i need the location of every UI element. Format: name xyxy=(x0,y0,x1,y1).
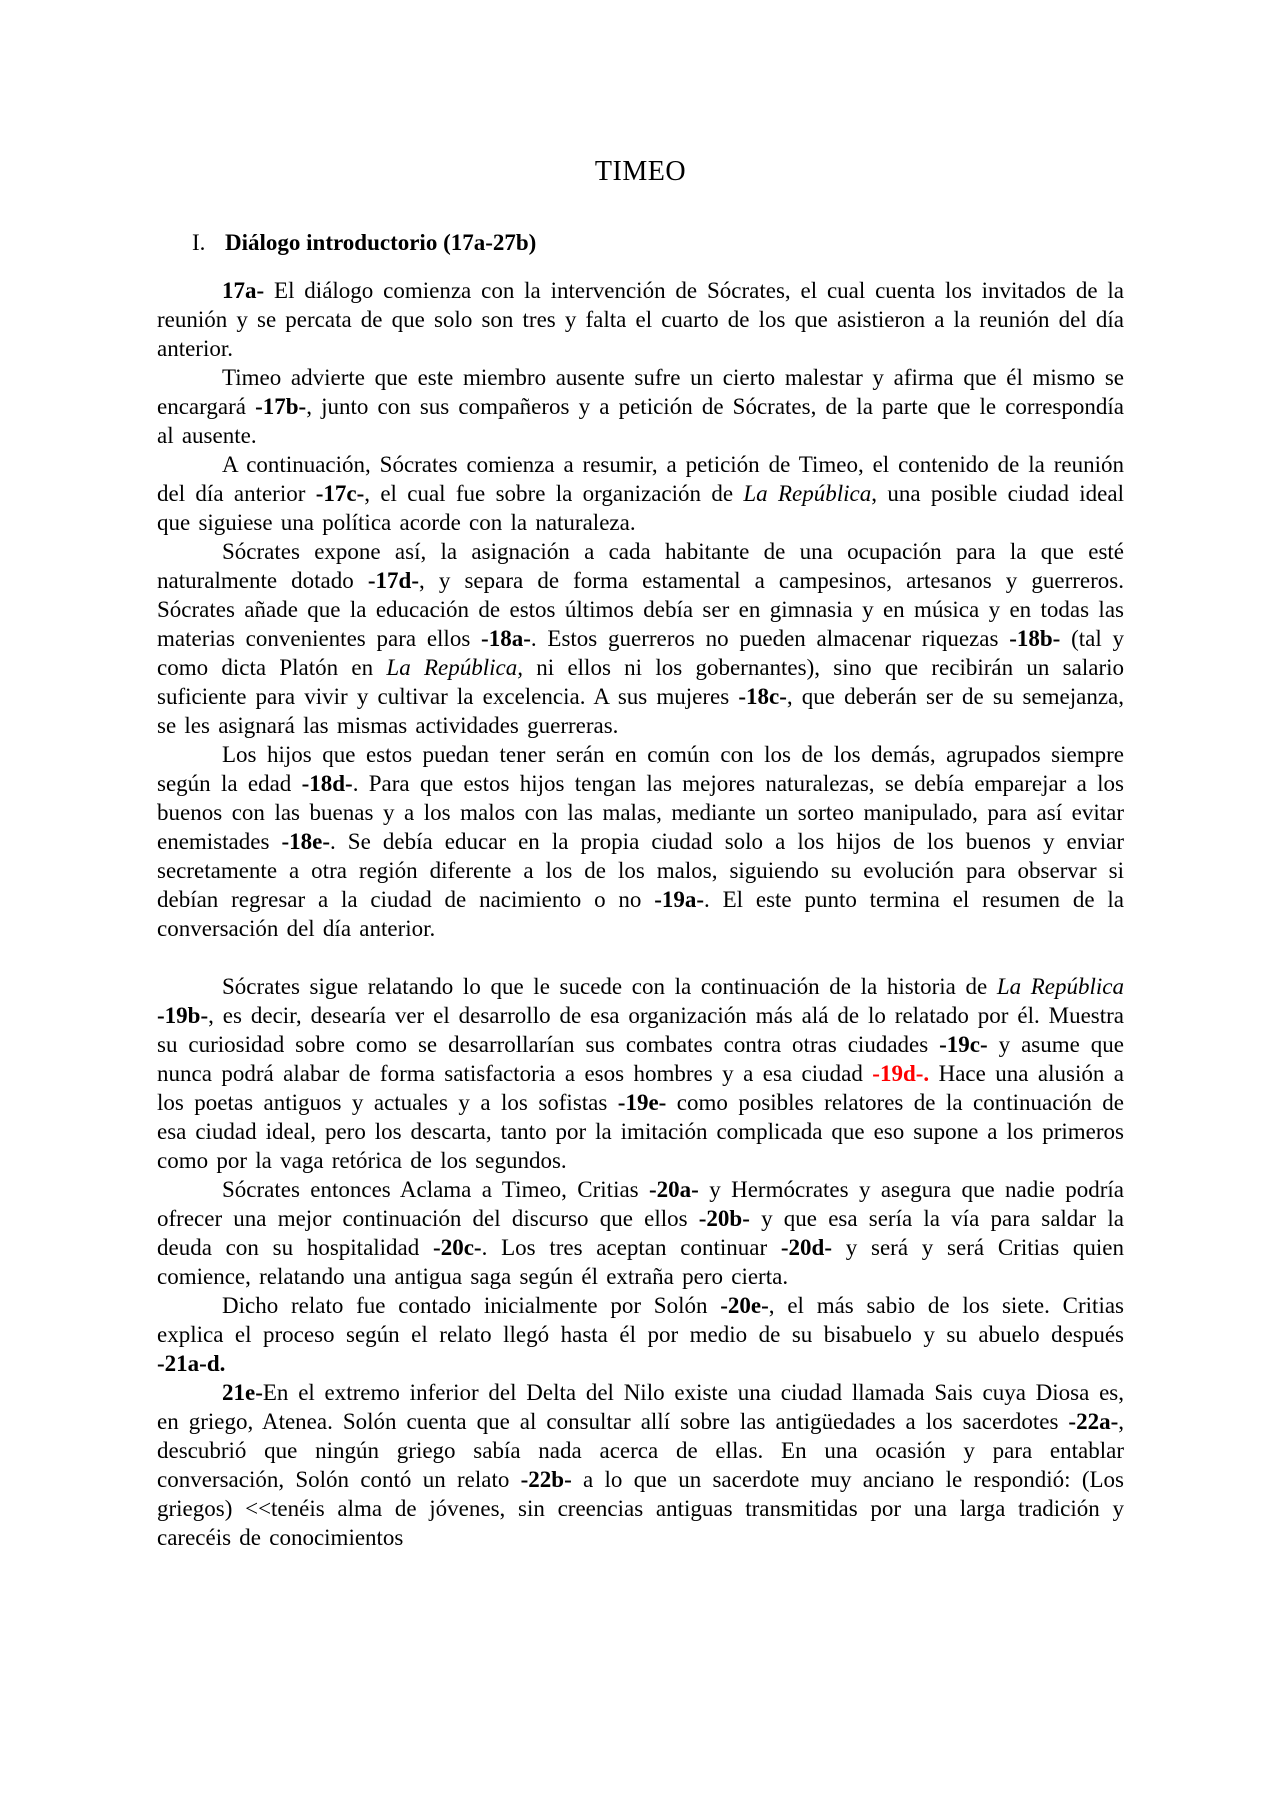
body-text-run: . Estos guerreros no pueden almacenar ri… xyxy=(531,626,1009,651)
reference-bold: -18b- xyxy=(1009,626,1060,651)
reference-bold: -17b- xyxy=(255,394,306,419)
reference-bold: -20a- xyxy=(649,1177,699,1202)
reference-bold: -19c- xyxy=(939,1032,988,1057)
paragraph: Sócrates sigue relatando lo que le suced… xyxy=(157,972,1124,1175)
paragraph: Los hijos que estos puedan tener serán e… xyxy=(157,740,1124,943)
reference-bold: -20e- xyxy=(720,1293,769,1318)
paragraph: 21e-En el extremo inferior del Delta del… xyxy=(157,1378,1124,1552)
reference-bold: -20d- xyxy=(781,1235,832,1260)
body-text-run: Sócrates sigue relatando lo que le suced… xyxy=(222,974,997,999)
paragraph: Timeo advierte que este miembro ausente … xyxy=(157,363,1124,450)
work-title: La República xyxy=(743,481,871,506)
work-title: La República, xyxy=(386,655,523,680)
work-title: La República xyxy=(997,974,1124,999)
paragraph: Dicho relato fue contado inicialmente po… xyxy=(157,1291,1124,1378)
reference-bold: -18c- xyxy=(738,684,787,709)
reference-bold: -18a- xyxy=(481,626,531,651)
reference-bold: 21e- xyxy=(222,1380,263,1405)
document-page: TIMEO I.Diálogo introductorio (17a-27b) … xyxy=(0,0,1280,1811)
reference-bold: -18e- xyxy=(281,829,330,854)
reference-bold: -21a-d. xyxy=(157,1351,225,1376)
body-text-run: . Los tres aceptan continuar xyxy=(482,1235,781,1260)
reference-bold: -19a- xyxy=(654,887,704,912)
paragraph: Sócrates entonces Aclama a Timeo, Critia… xyxy=(157,1175,1124,1291)
document-title: TIMEO xyxy=(157,155,1124,189)
section-numeral: I. xyxy=(192,228,225,257)
paragraph: Sócrates expone así, la asignación a cad… xyxy=(157,537,1124,740)
reference-red: -19d-. xyxy=(872,1061,929,1086)
section-heading: I.Diálogo introductorio (17a-27b) xyxy=(157,228,1124,257)
paragraph: A continuación, Sócrates comienza a resu… xyxy=(157,450,1124,537)
reference-bold: -17c- xyxy=(316,481,365,506)
reference-bold: -20b- xyxy=(699,1206,750,1231)
reference-bold: -17d- xyxy=(368,568,419,593)
document-body: 17a- El diálogo comienza con la interven… xyxy=(157,276,1124,1552)
reference-bold: -20c- xyxy=(433,1235,482,1260)
reference-bold: -22a- xyxy=(1068,1409,1118,1434)
reference-bold: -19b- xyxy=(157,1003,208,1028)
section-heading-label: Diálogo introductorio (17a-27b) xyxy=(225,230,536,255)
reference-bold: -19e- xyxy=(618,1090,667,1115)
reference-bold: -18d- xyxy=(302,771,353,796)
body-text-run: En el extremo inferior del Delta del Nil… xyxy=(157,1380,1124,1434)
reference-bold: 17a- xyxy=(222,278,264,303)
body-text-run: , el cual fue sobre la organización de xyxy=(364,481,743,506)
paragraph: 17a- El diálogo comienza con la interven… xyxy=(157,276,1124,363)
reference-bold: -22b- xyxy=(521,1467,572,1492)
body-text-run: Sócrates entonces Aclama a Timeo, Critia… xyxy=(222,1177,649,1202)
body-text-run: Dicho relato fue contado inicialmente po… xyxy=(222,1293,720,1318)
body-text-run: El diálogo comienza con la intervención … xyxy=(157,278,1124,361)
